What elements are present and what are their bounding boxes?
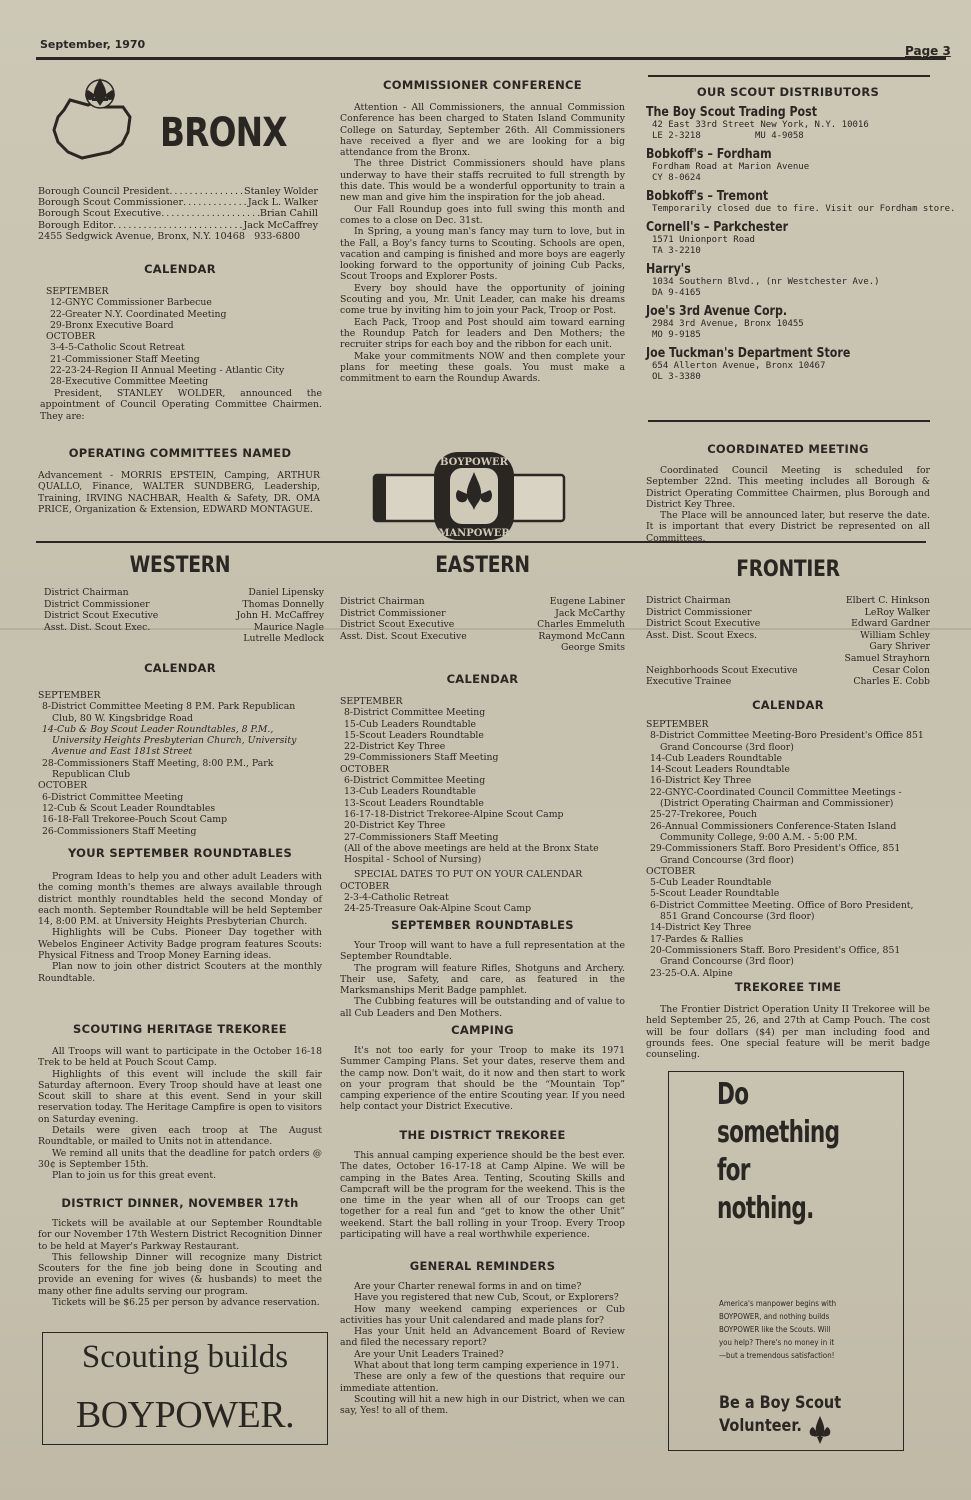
calendar-item: 22-23-24-Region II Annual Meeting - Atla… bbox=[46, 365, 322, 376]
paragraph: Are your Unit Leaders Trained? bbox=[340, 1349, 625, 1360]
heritage-trekoree-body: All Troops will want to participate in t… bbox=[38, 1046, 322, 1182]
list-line: Thomas Donnelly bbox=[237, 599, 324, 611]
distributor-detail: Fordham Road at Marion Avenue bbox=[646, 162, 930, 173]
volunteer-ad-body: America's manpower begins with BOYPOWER,… bbox=[719, 1297, 842, 1362]
calendar-item: 29-Commissioners Staff Meeting bbox=[340, 752, 625, 763]
calendar-item: 14-Cub Leaders Roundtable bbox=[646, 753, 930, 764]
calendar-item: 14-Cub & Boy Scout Leader Roundtables, 8… bbox=[38, 724, 322, 758]
distributor-name: Bobkoff's – Fordham bbox=[646, 147, 887, 162]
calendar-item: 28-Executive Committee Meeting bbox=[46, 376, 322, 387]
paragraph: The three District Commissioners should … bbox=[340, 158, 625, 203]
list-line: Eugene Labiner bbox=[537, 596, 625, 608]
calendar-month: SEPTEMBER bbox=[340, 696, 625, 707]
eastern-title: EASTERN bbox=[361, 553, 603, 578]
district-trekoree-heading: THE DISTRICT TREKOREE bbox=[340, 1128, 625, 1142]
list-line: Jack McCarthy bbox=[537, 608, 625, 620]
coordinated-meeting-body: Coordinated Council Meeting is scheduled… bbox=[646, 465, 930, 544]
calendar-item: 29-Bronx Executive Board bbox=[46, 320, 322, 331]
calendar-item: 26-Commissioners Staff Meeting bbox=[38, 826, 322, 837]
paragraph: These are only a few of the questions th… bbox=[340, 1371, 625, 1394]
calendar-item: 17-Pardes & Rallies bbox=[646, 934, 930, 945]
western-calendar-heading: CALENDAR bbox=[38, 661, 322, 675]
distributor-detail: TA 3-2210 bbox=[646, 246, 930, 257]
calendar-item: 28-Commissioners Staff Meeting, 8:00 P.M… bbox=[38, 758, 322, 781]
district-trekoree-body: This annual camping experience should be… bbox=[340, 1150, 625, 1240]
calendar-item: 13-Scout Leaders Roundtable bbox=[340, 798, 625, 809]
western-officers: District ChairmanDistrict CommissionerDi… bbox=[44, 587, 324, 645]
paragraph: Have you registered that new Cub, Scout,… bbox=[340, 1292, 625, 1303]
borough-officer-row: Borough Council President...............… bbox=[38, 186, 318, 197]
distributor-name: Joe's 3rd Avenue Corp. bbox=[646, 304, 887, 319]
calendar-item: 16-18-Fall Trekoree-Pouch Scout Camp bbox=[38, 814, 322, 825]
calendar-subheading: SPECIAL DATES TO PUT ON YOUR CALENDAR bbox=[340, 869, 625, 880]
paragraph: It's not too early for your Troop to mak… bbox=[340, 1045, 625, 1113]
paper-fold-crease bbox=[0, 628, 971, 630]
volunteer-ad-headline: Dosomethingfornothing. bbox=[717, 1076, 839, 1228]
operating-committees-heading: OPERATING COMMITTEES NAMED bbox=[38, 446, 322, 460]
distributor-name: Cornell's – Parkchester bbox=[646, 220, 887, 235]
list-line: something bbox=[717, 1114, 839, 1152]
frontier-title: FRONTIER bbox=[667, 557, 908, 582]
calendar-month: SEPTEMBER bbox=[38, 690, 322, 701]
western-calendar: SEPTEMBER8-District Committee Meeting 8 … bbox=[38, 690, 322, 837]
paragraph: Details were given each troop at The Aug… bbox=[38, 1125, 322, 1148]
district-dinner-heading: DISTRICT DINNER, NOVEMBER 17th bbox=[38, 1196, 322, 1210]
borough-address: 2455 Sedgwick Avenue, Bronx, N.Y. 10468 … bbox=[38, 231, 318, 242]
paragraph: We remind all units that the deadline fo… bbox=[38, 1148, 322, 1171]
calendar-item: 15-Scout Leaders Roundtable bbox=[340, 730, 625, 741]
list-line: LeRoy Walker bbox=[844, 607, 930, 619]
calendar-item: 13-Cub Leaders Roundtable bbox=[340, 786, 625, 797]
calendar-item: 8-District Committee Meeting 8 P.M. Park… bbox=[38, 701, 322, 724]
paragraph: How many weekend camping experiences or … bbox=[340, 1304, 625, 1327]
western-roundtables-heading: YOUR SEPTEMBER ROUNDTABLES bbox=[38, 846, 322, 860]
list-line: William Schley bbox=[844, 630, 930, 642]
calendar-item: 22-District Key Three bbox=[340, 741, 625, 752]
eastern-roundtables-body: Your Troop will want to have a full repr… bbox=[340, 940, 625, 1019]
distributors-heading: OUR SCOUT DISTRIBUTORS bbox=[646, 85, 930, 99]
operating-committees-text: Advancement - MORRIS EPSTEIN, Camping, A… bbox=[38, 470, 320, 515]
paragraph: Your Troop will want to have a full repr… bbox=[340, 940, 625, 963]
list-line: for bbox=[717, 1152, 839, 1190]
calendar-item: 5-Scout Leader Roundtable bbox=[646, 888, 930, 899]
bronx-calendar-heading: CALENDAR bbox=[38, 262, 322, 276]
list-line: John H. McCaffrey bbox=[237, 610, 324, 622]
calendar-item: 6-District Committee Meeting bbox=[340, 775, 625, 786]
list-line: Do bbox=[717, 1076, 839, 1114]
list-line: Charles E. Cobb bbox=[844, 676, 930, 688]
issue-date: September, 1970 bbox=[40, 38, 145, 51]
calendar-item: 15-Cub Leaders Roundtable bbox=[340, 719, 625, 730]
list-line: Neighborhoods Scout Executive bbox=[646, 665, 797, 677]
calendar-month: SEPTEMBER bbox=[646, 719, 930, 730]
distributor-detail: LE 2-3218 MU 4-9058 bbox=[646, 131, 930, 142]
list-line bbox=[646, 641, 797, 653]
paragraph: The Frontier District Operation Unity II… bbox=[646, 1004, 930, 1060]
list-line: Samuel Strayhorn bbox=[844, 653, 930, 665]
general-reminders-body: Are your Charter renewal forms in and on… bbox=[340, 1281, 625, 1417]
frontier-calendar-heading: CALENDAR bbox=[646, 698, 930, 712]
coordinated-meeting-heading: COORDINATED MEETING bbox=[646, 442, 930, 456]
distributor-detail: 654 Allerton Avenue, Bronx 10467 bbox=[646, 361, 930, 372]
borough-officer-row: Borough Scout Executive.................… bbox=[38, 208, 318, 219]
paragraph: Attention - All Commissioners, the annua… bbox=[340, 102, 625, 158]
list-line: Lutrelle Medlock bbox=[237, 633, 324, 645]
calendar-month: OCTOBER bbox=[46, 331, 322, 342]
calendar-item: 5-Cub Leader Roundtable bbox=[646, 877, 930, 888]
scouting-builds-boypower-ad: Scouting builds BOYPOWER. bbox=[42, 1332, 328, 1445]
distributor-detail: CY 8-0624 bbox=[646, 173, 930, 184]
eastern-calendar: SEPTEMBER8-District Committee Meeting15-… bbox=[340, 696, 625, 915]
calendar-item: 26-Annual Commissioners Conference-State… bbox=[646, 821, 930, 844]
camping-body: It's not too early for your Troop to mak… bbox=[340, 1045, 625, 1113]
paragraph: Tickets will be available at our Septemb… bbox=[38, 1218, 322, 1252]
paragraph: This annual camping experience should be… bbox=[340, 1150, 625, 1240]
volunteer-ad: Dosomethingfornothing. America's manpowe… bbox=[668, 1071, 904, 1451]
calendar-item: 20-Commissioners Staff. Boro President's… bbox=[646, 945, 930, 968]
calendar-note: (All of the above meetings are held at t… bbox=[340, 843, 625, 866]
distributor-name: Joe Tuckman's Department Store bbox=[646, 346, 887, 361]
calendar-item: 2-3-4-Catholic Retreat bbox=[340, 892, 625, 903]
list-line: Daniel Lipensky bbox=[237, 587, 324, 599]
calendar-month: OCTOBER bbox=[646, 866, 930, 877]
distributor-detail: 1034 Southern Blvd., (nr Westchester Ave… bbox=[646, 277, 930, 288]
calendar-month: SEPTEMBER bbox=[46, 286, 322, 297]
paragraph: Our Fall Roundup goes into full swing th… bbox=[340, 204, 625, 227]
trekoree-time-body: The Frontier District Operation Unity II… bbox=[646, 1004, 930, 1060]
camping-heading: CAMPING bbox=[340, 1023, 625, 1037]
frontier-officers: District ChairmanDistrict CommissionerDi… bbox=[646, 595, 930, 688]
paragraph: Highlights will be Cubs. Pioneer Day tog… bbox=[38, 927, 322, 961]
list-line: Executive Trainee bbox=[646, 676, 797, 688]
paragraph: Every boy should have the opportunity of… bbox=[340, 283, 625, 317]
distributor-name: Harry's bbox=[646, 262, 887, 277]
newsletter-page: September, 1970 Page 3 BRONX Borough Cou… bbox=[0, 0, 971, 1500]
top-rule bbox=[36, 57, 946, 60]
list-line: Asst. Dist. Scout Execs. bbox=[646, 630, 797, 642]
calendar-item: 21-Commissioner Staff Meeting bbox=[46, 354, 322, 365]
paragraph: Scouting will hit a new high in our Dist… bbox=[340, 1394, 625, 1417]
eastern-roundtables-heading: SEPTEMBER ROUNDTABLES bbox=[340, 918, 625, 932]
bronx-calendar-note: President, STANLEY WOLDER, announced the… bbox=[40, 388, 322, 422]
list-line: Gary Shriver bbox=[844, 641, 930, 653]
paragraph: Program Ideas to help you and other adul… bbox=[38, 871, 322, 927]
list-line: District Commissioner bbox=[44, 599, 158, 611]
distributor-detail: Temporarily closed due to fire. Visit ou… bbox=[646, 204, 930, 215]
calendar-month: OCTOBER bbox=[340, 881, 625, 892]
svg-text:MANPOWER: MANPOWER bbox=[438, 528, 510, 539]
distributor-detail: 2984 3rd Avenue, Bronx 10455 bbox=[646, 319, 930, 330]
paragraph: Each Pack, Troop and Post should aim tow… bbox=[340, 317, 625, 351]
bronx-map-fleur-de-lis-icon bbox=[48, 72, 158, 167]
page-number: Page 3 bbox=[905, 44, 951, 58]
calendar-item: 6-District Committee Meeting bbox=[38, 792, 322, 803]
calendar-item: 8-District Committee Meeting bbox=[340, 707, 625, 718]
borough-title: BRONX bbox=[160, 110, 287, 156]
calendar-item: 27-Commissioners Staff Meeting bbox=[340, 832, 625, 843]
paragraph: The Cubbing features will be outstanding… bbox=[340, 996, 625, 1019]
middle-rule bbox=[36, 541, 926, 543]
calendar-item: 8-District Committee Meeting-Boro Presid… bbox=[646, 730, 930, 753]
distributors-list: The Boy Scout Trading Post42 East 33rd S… bbox=[646, 100, 930, 383]
trekoree-time-heading: TREKOREE TIME bbox=[646, 980, 930, 994]
calendar-item: 23-25-O.A. Alpine bbox=[646, 968, 930, 979]
calendar-item: 14-Scout Leaders Roundtable bbox=[646, 764, 930, 775]
paragraph: All Troops will want to participate in t… bbox=[38, 1046, 322, 1069]
boypower-manpower-emblem-icon: BOYPOWER MANPOWER bbox=[370, 448, 570, 543]
borough-officer-row: Borough Scout Commissioner..............… bbox=[38, 197, 318, 208]
paragraph: Plan now to join other district Scouters… bbox=[38, 961, 322, 984]
bronx-calendar: SEPTEMBER12-GNYC Commissioner Barbecue22… bbox=[46, 286, 322, 388]
paragraph: Coordinated Council Meeting is scheduled… bbox=[646, 465, 930, 510]
calendar-item: 12-Cub & Scout Leader Roundtables bbox=[38, 803, 322, 814]
paragraph: Make your commitments NOW and then compl… bbox=[340, 351, 625, 385]
list-line: District Commissioner bbox=[646, 607, 797, 619]
calendar-item: 20-District Key Three bbox=[340, 820, 625, 831]
calendar-month: OCTOBER bbox=[340, 764, 625, 775]
calendar-item: 16-District Key Three bbox=[646, 775, 930, 786]
distributor-name: Bobkoff's – Tremont bbox=[646, 189, 887, 204]
list-line: Elbert C. Hinkson bbox=[844, 595, 930, 607]
list-line: Be a Boy Scout bbox=[719, 1392, 841, 1415]
list-line: George Smits bbox=[537, 642, 625, 654]
frontier-calendar: SEPTEMBER8-District Committee Meeting-Bo… bbox=[646, 719, 930, 979]
paragraph: The program will feature Rifles, Shotgun… bbox=[340, 963, 625, 997]
distributors-top-rule bbox=[648, 75, 930, 77]
paragraph: In Spring, a young man's fancy may turn … bbox=[340, 226, 625, 282]
paragraph: Plan to join us for this great event. bbox=[38, 1170, 322, 1181]
list-line: District Scout Executive bbox=[44, 610, 158, 622]
western-roundtables-body: Program Ideas to help you and other adul… bbox=[38, 871, 322, 984]
district-dinner-body: Tickets will be available at our Septemb… bbox=[38, 1218, 322, 1308]
borough-officers: Borough Council President...............… bbox=[38, 186, 318, 242]
fleur-de-lis-icon bbox=[807, 1415, 833, 1445]
paragraph: The Place will be announced later, but r… bbox=[646, 510, 930, 544]
paragraph: This fellowship Dinner will recognize ma… bbox=[38, 1252, 322, 1297]
list-line: District Commissioner bbox=[340, 608, 467, 620]
paragraph: What about that long term camping experi… bbox=[340, 1360, 625, 1371]
calendar-item: 22-Greater N.Y. Coordinated Meeting bbox=[46, 309, 322, 320]
paragraph: Tickets will be $6.25 per person by adva… bbox=[38, 1297, 322, 1308]
distributor-detail: 42 East 33rd Street New York, N.Y. 10016 bbox=[646, 120, 930, 131]
western-title: WESTERN bbox=[59, 553, 300, 578]
distributor-detail: MO 9-9185 bbox=[646, 330, 930, 341]
list-line: Raymond McCann bbox=[537, 631, 625, 643]
calendar-item: 29-Commissioners Staff. Boro President's… bbox=[646, 843, 930, 866]
list-line: Asst. Dist. Scout Executive bbox=[340, 631, 467, 643]
distributor-detail: DA 9-4165 bbox=[646, 288, 930, 299]
list-line bbox=[646, 653, 797, 665]
calendar-item: 12-GNYC Commissioner Barbecue bbox=[46, 297, 322, 308]
commissioner-conference-body: Attention - All Commissioners, the annua… bbox=[340, 102, 625, 384]
list-line: Cesar Colon bbox=[844, 665, 930, 677]
calendar-item: 22-GNYC-Coordinated Council Committee Me… bbox=[646, 787, 930, 810]
calendar-item: 6-District Committee Meeting. Office of … bbox=[646, 900, 930, 923]
list-line: District Chairman bbox=[44, 587, 158, 599]
paragraph: Highlights of this event will include th… bbox=[38, 1069, 322, 1125]
calendar-item: 14-District Key Three bbox=[646, 922, 930, 933]
list-line: nothing. bbox=[717, 1190, 839, 1228]
list-line: District Chairman bbox=[340, 596, 467, 608]
paragraph: Has your Unit held an Advancement Board … bbox=[340, 1326, 625, 1349]
distributor-detail: 1571 Unionport Road bbox=[646, 235, 930, 246]
calendar-item: 25-27-Trekoree, Pouch bbox=[646, 809, 930, 820]
heritage-trekoree-heading: SCOUTING HERITAGE TREKOREE bbox=[38, 1022, 322, 1036]
eastern-calendar-heading: CALENDAR bbox=[340, 672, 625, 686]
list-line: District Chairman bbox=[646, 595, 797, 607]
svg-text:BOYPOWER: BOYPOWER bbox=[440, 457, 509, 468]
distributor-detail: OL 3-3380 bbox=[646, 372, 930, 383]
calendar-month: OCTOBER bbox=[38, 780, 322, 791]
calendar-item: 24-25-Treasure Oak-Alpine Scout Camp bbox=[340, 903, 625, 914]
commissioner-conference-heading: COMMISSIONER CONFERENCE bbox=[340, 78, 625, 92]
distributor-name: The Boy Scout Trading Post bbox=[646, 105, 887, 120]
distributors-bottom-rule bbox=[648, 420, 930, 422]
calendar-item: 3-4-5-Catholic Scout Retreat bbox=[46, 342, 322, 353]
paragraph: Are your Charter renewal forms in and on… bbox=[340, 1281, 625, 1292]
eastern-officers: District ChairmanDistrict CommissionerDi… bbox=[340, 596, 625, 654]
calendar-item: 16-17-18-District Trekoree-Alpine Scout … bbox=[340, 809, 625, 820]
general-reminders-heading: GENERAL REMINDERS bbox=[340, 1259, 625, 1273]
borough-officer-row: Borough Editor..........................… bbox=[38, 220, 318, 231]
